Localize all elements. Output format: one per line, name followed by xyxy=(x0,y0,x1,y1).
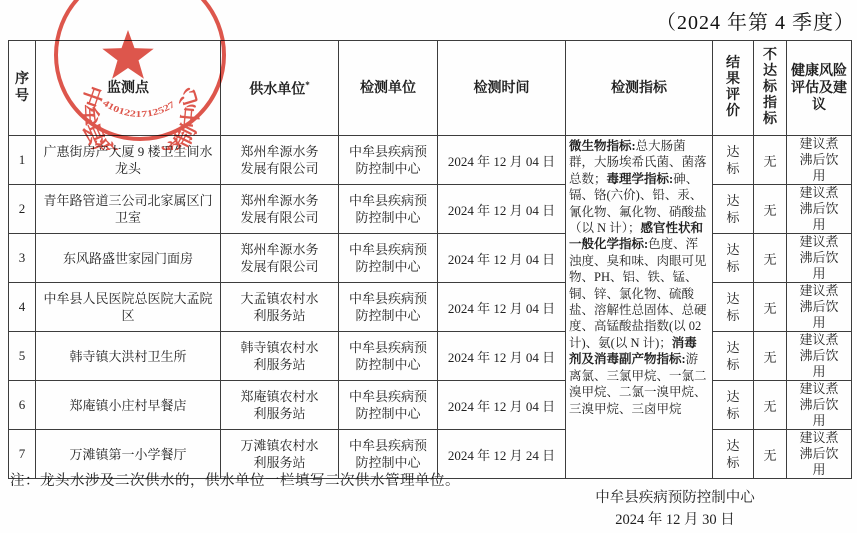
failed-cell: 无 xyxy=(754,234,787,283)
failed-cell: 无 xyxy=(754,136,787,185)
serial-cell: 1 xyxy=(9,136,36,185)
date-cell: 2024 年 12 月 04 日 xyxy=(438,185,566,234)
tester-cell: 中牟县疾病预防控制中心 xyxy=(339,136,438,185)
table-row: 4中牟县人民医院总医院大孟院区大孟镇农村水利服务站中牟县疾病预防控制中心2024… xyxy=(9,283,852,332)
signature-block: 中牟县疾病预防控制中心 2024 年 12 月 30 日 xyxy=(545,487,805,531)
result-cell: 达标 xyxy=(713,332,754,381)
advice-cell: 建议煮沸后饮用 xyxy=(787,283,852,332)
column-header-6: 结果评价 xyxy=(713,41,754,136)
serial-cell: 6 xyxy=(9,381,36,430)
advice-cell: 建议煮沸后饮用 xyxy=(787,381,852,430)
result-cell: 达标 xyxy=(713,283,754,332)
date-cell: 2024 年 12 月 04 日 xyxy=(438,381,566,430)
column-header-1: 监测点 xyxy=(36,41,221,136)
advice-cell: 建议煮沸后饮用 xyxy=(787,234,852,283)
failed-cell: 无 xyxy=(754,185,787,234)
site-cell: 郑庵镇小庄村早餐店 xyxy=(36,381,221,430)
advice-cell: 建议煮沸后饮用 xyxy=(787,430,852,479)
result-cell: 达标 xyxy=(713,234,754,283)
serial-cell: 4 xyxy=(9,283,36,332)
column-header-7: 不达标指标 xyxy=(754,41,787,136)
column-header-0: 序号 xyxy=(9,41,36,136)
date-cell: 2024 年 12 月 04 日 xyxy=(438,136,566,185)
failed-cell: 无 xyxy=(754,332,787,381)
table-row: 3东风路盛世家园门面房郑州牟源水务发展有限公司中牟县疾病预防控制中心2024 年… xyxy=(9,234,852,283)
date-cell: 2024 年 12 月 04 日 xyxy=(438,332,566,381)
serial-cell: 5 xyxy=(9,332,36,381)
advice-cell: 建议煮沸后饮用 xyxy=(787,136,852,185)
date-cell: 2024 年 12 月 04 日 xyxy=(438,283,566,332)
supplier-cell: 郑州牟源水务发展有限公司 xyxy=(221,185,339,234)
column-header-2: 供水单位* xyxy=(221,41,339,136)
tester-cell: 中牟县疾病预防控制中心 xyxy=(339,283,438,332)
tester-cell: 中牟县疾病预防控制中心 xyxy=(339,185,438,234)
advice-cell: 建议煮沸后饮用 xyxy=(787,332,852,381)
site-cell: 韩寺镇大洪村卫生所 xyxy=(36,332,221,381)
site-cell: 中牟县人民医院总医院大孟院区 xyxy=(36,283,221,332)
failed-cell: 无 xyxy=(754,283,787,332)
quarter-title: （2024 年第 4 季度） xyxy=(656,6,855,35)
site-cell: 广惠街房产大厦 9 楼卫生间水龙头 xyxy=(36,136,221,185)
tester-cell: 中牟县疾病预防控制中心 xyxy=(339,234,438,283)
failed-cell: 无 xyxy=(754,430,787,479)
serial-cell: 3 xyxy=(9,234,36,283)
supplier-cell: 韩寺镇农村水利服务站 xyxy=(221,332,339,381)
table-header-row: 序号监测点供水单位*检测单位检测时间检测指标结果评价不达标指标健康风险评估及建议 xyxy=(9,41,852,136)
result-cell: 达标 xyxy=(713,381,754,430)
footnote: 注：龙头水涉及二次供水的，供水单位一栏填写二次供水管理单位。 xyxy=(10,469,460,490)
column-header-3: 检测单位 xyxy=(339,41,438,136)
serial-cell: 2 xyxy=(9,185,36,234)
signature-org: 中牟县疾病预防控制中心 xyxy=(545,487,805,509)
scanned-report-page: { "quarter_label": "（2024 年第 4 季度）", "st… xyxy=(0,0,857,533)
table-row: 6郑庵镇小庄村早餐店郑庵镇农村水利服务站中牟县疾病预防控制中心2024 年 12… xyxy=(9,381,852,430)
monitoring-results-table: 序号监测点供水单位*检测单位检测时间检测指标结果评价不达标指标健康风险评估及建议… xyxy=(8,40,852,479)
site-cell: 青年路管道三公司北家属区门卫室 xyxy=(36,185,221,234)
site-cell: 东风路盛世家园门面房 xyxy=(36,234,221,283)
date-cell: 2024 年 12 月 04 日 xyxy=(438,234,566,283)
tester-cell: 中牟县疾病预防控制中心 xyxy=(339,381,438,430)
failed-cell: 无 xyxy=(754,381,787,430)
supplier-cell: 郑州牟源水务发展有限公司 xyxy=(221,234,339,283)
column-header-4: 检测时间 xyxy=(438,41,566,136)
table-row: 5韩寺镇大洪村卫生所韩寺镇农村水利服务站中牟县疾病预防控制中心2024 年 12… xyxy=(9,332,852,381)
supplier-cell: 大孟镇农村水利服务站 xyxy=(221,283,339,332)
advice-cell: 建议煮沸后饮用 xyxy=(787,185,852,234)
supplier-cell: 郑州牟源水务发展有限公司 xyxy=(221,136,339,185)
table-row: 2青年路管道三公司北家属区门卫室郑州牟源水务发展有限公司中牟县疾病预防控制中心2… xyxy=(9,185,852,234)
result-cell: 达标 xyxy=(713,185,754,234)
column-header-5: 检测指标 xyxy=(566,41,713,136)
table-row: 1广惠街房产大厦 9 楼卫生间水龙头郑州牟源水务发展有限公司中牟县疾病预防控制中… xyxy=(9,136,852,185)
result-cell: 达标 xyxy=(713,136,754,185)
tester-cell: 中牟县疾病预防控制中心 xyxy=(339,332,438,381)
result-cell: 达标 xyxy=(713,430,754,479)
supplier-cell: 郑庵镇农村水利服务站 xyxy=(221,381,339,430)
signature-date: 2024 年 12 月 30 日 xyxy=(545,509,805,531)
column-header-8: 健康风险评估及建议 xyxy=(787,41,852,136)
indicators-cell: 微生物指标:总大肠菌群，大肠埃希氏菌、菌落总数；毒理学指标:砷、镉、铬(六价)、… xyxy=(566,136,713,479)
